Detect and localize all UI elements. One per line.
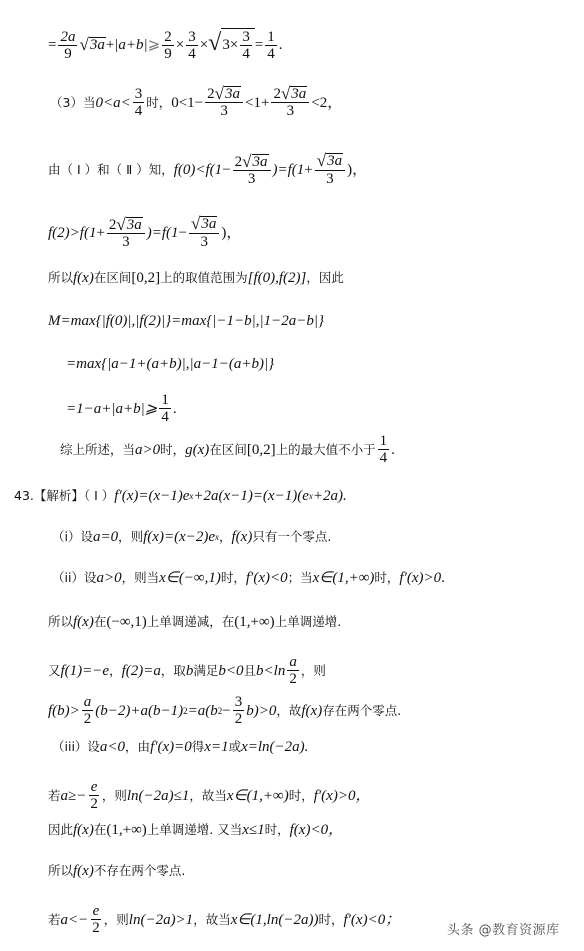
plus-sign: + [261, 93, 269, 113]
denominator: 2 [82, 711, 94, 727]
text: 因此 [48, 820, 73, 840]
math: )=f(1 [147, 223, 179, 243]
equation-line-13: 所以 f(x) 在 (−∞,1) 上单调递减，在 (1,+∞) 上单调递增. [48, 612, 341, 632]
radicand: 3a [326, 153, 343, 169]
plus-sign: + [304, 160, 312, 180]
denominator: 4 [133, 103, 145, 119]
text: 上单调递增. [275, 612, 341, 632]
math: [0,2] [247, 440, 276, 460]
fraction: a2 [287, 654, 299, 687]
text: 所以 [48, 861, 73, 881]
watermark: 头条 @教育资源库 [447, 919, 560, 938]
math: f(x) [301, 701, 322, 721]
fraction: e2 [88, 779, 100, 812]
math: 0<a< [95, 93, 130, 113]
fraction: 2√3a3 [233, 154, 271, 187]
denominator: 3 [218, 103, 230, 119]
radicand: 3a [200, 216, 217, 232]
math: f(b)> [48, 701, 80, 721]
math: a<0 [100, 737, 125, 757]
denominator: 3 [198, 234, 210, 250]
equation-line-3: 由（ Ⅰ ）和（ Ⅱ ）知， f(0)<f(1 − 2√3a3 )=f(1 + … [48, 153, 367, 187]
equation-line-16: （iii）设 a<0 ，由 f′(x)=0 得 x=1 或 x=ln(−2a). [52, 737, 308, 757]
denominator: 4 [186, 46, 198, 62]
times-sign: × [200, 35, 208, 55]
text: 时， [374, 568, 399, 588]
math: a<− [61, 910, 89, 930]
equation-line-18: 因此 f(x) 在 (1,+∞) 上单调递增. 又当 x≤1 时， f(x)<0… [48, 820, 343, 840]
fraction: √3a3 [315, 153, 345, 187]
text: ， [219, 527, 232, 547]
math: f(x) [73, 612, 94, 632]
denominator: 2 [233, 711, 245, 727]
numerator: e [91, 903, 102, 920]
denominator: 9 [162, 46, 174, 62]
math: f(x) [73, 820, 94, 840]
denominator: 9 [62, 46, 74, 62]
text: ；当 [288, 568, 313, 588]
math: ln(−2a)>1 [129, 910, 193, 930]
text: ，因此 [306, 268, 344, 288]
math: <1 [245, 93, 261, 113]
equation-line-12: （ii）设 a>0 ，则当 x∈(−∞,1) 时， f′(x)<0 ；当 x∈(… [52, 568, 445, 588]
fraction: 34 [186, 29, 198, 62]
numerator: 3 [233, 694, 245, 711]
numerator: 1 [159, 392, 171, 409]
text: （ii）设 [52, 568, 96, 588]
math: =max{|a−1+(a+b)|,|a−1−(a+b)|} [66, 354, 274, 374]
equation-line-7: =max{|a−1+(a+b)|,|a−1−(a+b)|} [66, 354, 274, 374]
equals-sign: = [255, 35, 263, 55]
math: 0<1 [171, 93, 194, 113]
math: b [186, 661, 194, 681]
fraction: 29 [162, 29, 174, 62]
math: (−∞,1) [106, 612, 146, 632]
coef: 2 [273, 86, 281, 102]
math: f′(x)>0 [399, 568, 441, 588]
text: ，故当 [193, 910, 231, 930]
fraction: 14 [265, 29, 277, 62]
text: 得 [192, 737, 205, 757]
times-sign: × [176, 35, 184, 55]
text: 在 [94, 820, 107, 840]
coef: 2 [235, 154, 243, 170]
period: . [391, 440, 395, 460]
math: x∈(1,+∞) [227, 786, 289, 806]
text: 只有一个零点. [252, 527, 331, 547]
text: （3）当 [50, 93, 95, 113]
text: ，则 [301, 661, 326, 681]
period: . [441, 568, 445, 588]
plus-sign: + [96, 223, 104, 243]
math: a=0 [93, 527, 118, 547]
math: b<0 [218, 661, 243, 681]
radicand: 3a [224, 86, 241, 102]
math: )， [347, 160, 367, 180]
text: 上的取值范围为 [160, 268, 248, 288]
minus-sign: − [179, 223, 187, 243]
math: )=f(1 [273, 160, 305, 180]
math: b<ln [256, 661, 285, 681]
fraction: 32 [233, 694, 245, 727]
coef: 2 [109, 217, 117, 233]
equation-line-14: 又 f(1)=−e ， f(2)=a ，取 b 满足 b<0 且 b<ln a2… [48, 654, 326, 687]
numerator: 3 [186, 29, 198, 46]
text: 上单调递增. 又当 [147, 820, 242, 840]
text: 所以 [48, 612, 73, 632]
text: 在区间 [94, 268, 132, 288]
math: f(2)>f(1 [48, 223, 96, 243]
text: 在 [94, 612, 107, 632]
math: f′(x)=0 [150, 737, 192, 757]
minus-sign: − [222, 160, 230, 180]
math: a>0 [96, 568, 121, 588]
text: 时， [160, 440, 185, 460]
math: <2， [311, 93, 342, 113]
text: ，取 [161, 661, 186, 681]
denominator: 4 [159, 409, 171, 425]
sqrt: √3×34 [208, 28, 255, 62]
denominator: 2 [90, 920, 102, 936]
text: ，则 [118, 527, 143, 547]
math: f(1)=−e [61, 661, 110, 681]
coef: 2 [207, 86, 215, 102]
solution-header-43: 43.【解析】（ Ⅰ ） f′(x)=(x−1)ex +2a(x−1)=(x−1… [14, 486, 347, 506]
text: 时， [221, 568, 246, 588]
text: 时， [146, 93, 171, 113]
text: 综上所述，当 [60, 440, 135, 460]
text: （iii）设 [52, 737, 100, 757]
fraction: 34 [240, 29, 252, 62]
text: ，由 [125, 737, 150, 757]
text: （i）设 [52, 527, 93, 547]
period: . [279, 35, 283, 55]
text: 存在两个零点. [322, 701, 401, 721]
numerator: 1 [265, 29, 277, 46]
math: x∈(1,+∞) [313, 568, 375, 588]
denominator: 4 [265, 46, 277, 62]
math: b)>0 [246, 701, 276, 721]
fraction: 2√3a3 [107, 217, 145, 250]
text: 满足 [193, 661, 218, 681]
numerator: 2a [58, 29, 77, 46]
sqrt: √3a [79, 37, 105, 53]
math: )， [221, 223, 241, 243]
equals-sign: = [48, 35, 56, 55]
minus-sign: − [195, 93, 203, 113]
math: f(0)<f(1 [174, 160, 222, 180]
math: [0,2] [131, 268, 160, 288]
text: 时， [289, 786, 314, 806]
denominator: 2 [287, 671, 299, 687]
text: ， [109, 661, 122, 681]
plus-sign: + [106, 35, 114, 55]
text: 若 [48, 786, 61, 806]
math: +2a(x−1)=(x−1)(e [193, 486, 308, 506]
denominator: 3 [324, 171, 336, 187]
equation-line-19: 所以 f(x) 不存在两个零点. [48, 861, 185, 881]
equation-line-5: 所以 f(x) 在区间 [0,2] 上的取值范围为 [f(0),f(2)] ，因… [48, 268, 344, 288]
numerator: a [287, 654, 299, 671]
math: =1−a+|a+b|⩾ [66, 399, 157, 419]
fraction: e2 [90, 903, 102, 936]
text: 若 [48, 910, 61, 930]
equation-line-11: （i）设 a=0 ，则 f(x)=(x−2)ex ， f(x) 只有一个零点. [52, 527, 331, 547]
text: 又 [48, 661, 61, 681]
numerator: 3 [133, 86, 145, 103]
numerator: a [82, 694, 94, 711]
text: 所以 [48, 268, 73, 288]
text: 时， [318, 910, 343, 930]
fraction: 14 [159, 392, 171, 425]
equation-line-1: = 2a9 √3a + |a+b| ⩾ 29 × 34 × √3×34 = 14… [48, 28, 283, 62]
math: x∈(−∞,1) [159, 568, 221, 588]
math: a≥− [61, 786, 87, 806]
abs-expr: |a+b| [114, 35, 147, 55]
numerator: 3 [240, 29, 252, 46]
math: ln(−2a)≤1 [127, 786, 190, 806]
radicand-part: 3× [222, 38, 238, 53]
denominator: 3 [246, 171, 258, 187]
math: f(2)=a [122, 661, 161, 681]
math: x=ln(−2a). [241, 737, 308, 757]
math: f(x) [73, 861, 94, 881]
math: M=max{|f(0)|,|f(2)|}=max{|−1−b|,|1−2a−b|… [48, 311, 324, 331]
math: +2a). [313, 486, 347, 506]
math: f(x)<0， [290, 820, 343, 840]
math: x∈(1,ln(−2a)) [231, 910, 319, 930]
fraction: 2a9 [58, 29, 77, 62]
text: 不存在两个零点. [94, 861, 185, 881]
math: [f(0),f(2)] [248, 268, 307, 288]
math: x≤1 [242, 820, 264, 840]
fraction: 34 [133, 86, 145, 119]
text: 在区间 [209, 440, 247, 460]
minus-sign: − [222, 701, 230, 721]
math: f(x) [73, 268, 94, 288]
text: 43.【解析】（ Ⅰ ） [14, 486, 114, 506]
text: ，故当 [189, 786, 227, 806]
denominator: 4 [378, 450, 390, 466]
text: 上单调递减，在 [147, 612, 235, 632]
denominator: 2 [88, 796, 100, 812]
fraction: 14 [378, 433, 390, 466]
radicand: 3a [126, 217, 143, 233]
radicand: 3a [252, 154, 269, 170]
denominator: 3 [120, 234, 132, 250]
text: ，则 [102, 786, 127, 806]
text: 时， [265, 820, 290, 840]
equation-line-20: 若 a<− e2 ，则 ln(−2a)>1 ，故当 x∈(1,ln(−2a)) … [48, 903, 400, 936]
radicand: 3a [89, 37, 106, 53]
period: . [173, 399, 177, 419]
text: ，则 [104, 910, 129, 930]
math: f′(x)=(x−1)e [114, 486, 189, 506]
text: 且 [244, 661, 257, 681]
text: 上的最大值不小于 [276, 440, 376, 460]
math: (1,+∞) [106, 820, 146, 840]
text: 由（ Ⅰ ）和（ Ⅱ ）知， [48, 160, 174, 180]
radicand: 3a [290, 86, 307, 102]
math: =a(b [188, 701, 218, 721]
geq-sign: ⩾ [148, 35, 161, 55]
math: (b−2)+a(b−1) [95, 701, 183, 721]
equation-line-17: 若 a≥− e2 ，则 ln(−2a)≤1 ，故当 x∈(1,+∞) 时， f′… [48, 779, 370, 812]
text: ，故 [276, 701, 301, 721]
fraction: a2 [82, 694, 94, 727]
equation-line-8: =1−a+|a+b|⩾ 14 . [66, 392, 177, 425]
math: x=1 [204, 737, 228, 757]
equation-line-15: f(b)> a2 (b−2)+a(b−1)2 =a(b2 − 32 b)>0 ，… [48, 694, 401, 727]
math: f(x)=(x−2)e [143, 527, 215, 547]
math: (1,+∞) [234, 612, 274, 632]
numerator: e [89, 779, 100, 796]
numerator: 1 [378, 433, 390, 450]
math: g(x) [185, 440, 209, 460]
equation-line-2: （3）当 0<a< 34 时， 0<1 − 2√3a3 <1 + 2√3a3 <… [50, 86, 342, 119]
fraction: 2√3a3 [271, 86, 309, 119]
equation-line-6: M=max{|f(0)|,|f(2)|}=max{|−1−b|,|1−2a−b|… [48, 311, 324, 331]
fraction: 2√3a3 [205, 86, 243, 119]
math: f′(x)<0； [343, 910, 400, 930]
text: ，则当 [122, 568, 160, 588]
math: f(x) [232, 527, 253, 547]
equation-line-9: 综上所述，当 a>0 时， g(x) 在区间 [0,2] 上的最大值不小于 14… [60, 433, 395, 466]
math: f′(x)>0， [314, 786, 371, 806]
fraction: √3a3 [189, 216, 219, 250]
denominator: 4 [240, 46, 252, 62]
numerator: 2 [162, 29, 174, 46]
text: 或 [229, 737, 242, 757]
denominator: 3 [285, 103, 297, 119]
equation-line-4: f(2)>f(1 + 2√3a3 )=f(1 − √3a3 )， [48, 216, 241, 250]
math: f′(x)<0 [246, 568, 288, 588]
math: a>0 [135, 440, 160, 460]
